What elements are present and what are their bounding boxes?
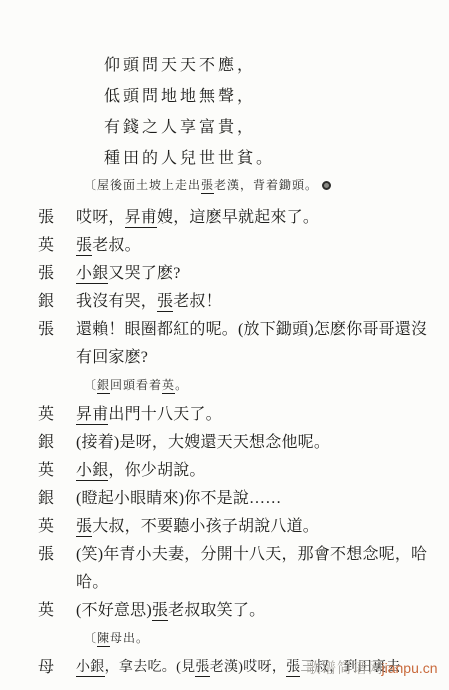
speech-text: (瞪起小眼睛來)你不是說…… [76,485,428,513]
text-run: 我沒有哭， [76,293,157,310]
text-run: 大叔，不要聽小孩子胡說八道。 [92,518,319,535]
proper-name-underline: 張 [152,602,168,621]
verse-line: 仰頭問天天不應， [104,50,449,81]
speech-text: 張大叔，不要聽小孩子胡說八道。 [76,513,428,541]
dialog-line: 張還賴！眼圈都紅的呢。(放下鋤頭)怎麽你哥哥還沒有回家麽? [38,316,449,372]
text-run: ，拿去吃。(見 [105,660,196,675]
proper-name-underline: 張 [201,178,214,194]
proper-name-underline: 小銀 [76,265,108,284]
verse-line: 低頭問地地無聲， [104,81,449,112]
proper-name-underline: 昇甫 [125,209,157,228]
proper-name-underline: 昇甫 [76,406,108,425]
speech-text: (不好意思)張老叔取笑了。 [76,597,428,625]
verse-line: 種田的人兒世世貧。 [104,143,449,174]
text-run: 哎呀， [76,209,125,226]
stage-direction: 〔銀回頭看着英。 [84,377,449,394]
speaker-label: 銀 [38,429,76,457]
speaker-label: 英 [38,597,76,625]
watermark-site-domain: jianpu.cn [382,660,438,676]
text-run: 還賴！眼圈都紅的呢。(放下鋤頭)怎麽你哥哥還沒 [76,321,427,338]
text-run: 老叔取笑了。 [168,602,265,619]
speech-text: 哎呀，昇甫嫂，這麽早就起來了。 [76,204,428,232]
proper-name-underline: 英 [162,378,175,394]
speaker-label: 銀 [38,288,76,316]
text-run: 有回家麽? [76,349,148,366]
dialog-line: 英(不好意思)張老叔取笑了。 [38,597,449,625]
text-run: (瞪起小眼睛來)你不是說…… [76,490,281,507]
text-run: ，你少胡說。 [108,462,205,479]
dialog-line: 張(笑)年青小夫妻，分開十八天，那會不想念呢，哈哈。 [38,541,449,597]
opening-verse: 仰頭問天天不應，低頭問地地無聲，有錢之人享富貴，種田的人兒世世貧。 [0,50,449,174]
text-run: 出門十八天了。 [108,406,221,423]
dialog-line: 銀我沒有哭，張老叔！ [38,288,449,316]
speaker-label: 英 [38,513,76,541]
speaker-label: 銀 [38,485,76,513]
speech-text: 昇甫出門十八天了。 [76,401,428,429]
text-run: 老叔。 [92,237,141,254]
text-run: 嫂，這麽早就起來了。 [157,209,319,226]
text-run: 。 [175,378,188,392]
speaker-label: 張 [38,204,76,232]
speaker-label: 英 [38,232,76,260]
text-run: 回頭看着 [110,378,162,392]
text-run: 〔屋後面土坡上走出 [84,178,201,192]
speech-text: (接着)是呀，大嫂還天天想念他呢。 [76,429,428,457]
text-run: (不好意思) [76,602,152,619]
dialog-line: 張小銀又哭了麽? [38,260,449,288]
watermark: 歌谱简谱网jianpu.cn [306,657,438,678]
text-run: 老漢，背着鋤頭。 [214,178,318,192]
proper-name-underline: 張 [157,293,173,312]
dialog-line: 英昇甫出門十八天了。 [38,401,449,429]
speaker-label: 英 [38,401,76,429]
speaker-label: 英 [38,457,76,485]
dialog-line: 銀(瞪起小眼睛來)你不是說…… [38,485,449,513]
speech-text: 小銀又哭了麽? [76,260,428,288]
text-run: 哈。 [76,574,108,591]
verse-line: 有錢之人享富貴， [104,112,449,143]
text-run: 〔 [84,378,97,392]
speaker-label: 母 [38,654,76,682]
scanned-script-page: 仰頭問天天不應，低頭問地地無聲，有錢之人享富貴，種田的人兒世世貧。 〔屋後面土坡… [0,0,449,690]
speech-text: 小銀，你少胡說。 [76,457,428,485]
proper-name-underline: 小銀 [76,660,105,677]
dialogue-section: 〔屋後面土坡上走出張老漢，背着鋤頭。張哎呀，昇甫嫂，這麽早就起來了。英張老叔。張… [0,177,449,682]
proper-name-underline: 張 [76,237,92,256]
dialog-line: 英小銀，你少胡說。 [38,457,449,485]
stage-direction: 〔屋後面土坡上走出張老漢，背着鋤頭。 [84,177,449,194]
speaker-label: 張 [38,316,76,372]
text-run: 老叔！ [173,293,222,310]
proper-name-underline: 張 [286,660,300,677]
print-artifact-dot [322,181,331,190]
text-run: (笑)年青小夫妻，分開十八天，那會不想念呢，哈 [76,546,427,563]
dialog-line: 張哎呀，昇甫嫂，這麽早就起來了。 [38,204,449,232]
watermark-site-name: 歌谱简谱网 [306,661,384,677]
text-run: 母出。 [110,631,149,645]
speech-text: 張老叔。 [76,232,428,260]
stage-direction: 〔陳母出。 [84,630,449,647]
proper-name-underline: 張 [195,660,209,677]
text-run: 又哭了麽? [108,265,180,282]
speaker-label: 張 [38,541,76,597]
speaker-label: 張 [38,260,76,288]
speech-text: (笑)年青小夫妻，分開十八天，那會不想念呢，哈哈。 [76,541,428,597]
proper-name-underline: 張 [76,518,92,537]
speech-text: 我沒有哭，張老叔！ [76,288,428,316]
text-run: 〔 [84,631,97,645]
dialog-line: 銀(接着)是呀，大嫂還天天想念他呢。 [38,429,449,457]
dialog-line: 英張老叔。 [38,232,449,260]
text-run: (接着)是呀，大嫂還天天想念他呢。 [76,434,330,451]
speech-text: 還賴！眼圈都紅的呢。(放下鋤頭)怎麽你哥哥還沒有回家麽? [76,316,428,372]
text-run: 老漢)哎呀， [210,660,286,675]
dialog-line: 英張大叔，不要聽小孩子胡說八道。 [38,513,449,541]
proper-name-underline: 銀 [97,378,110,394]
proper-name-underline: 陳 [97,631,110,647]
proper-name-underline: 小銀 [76,462,108,481]
